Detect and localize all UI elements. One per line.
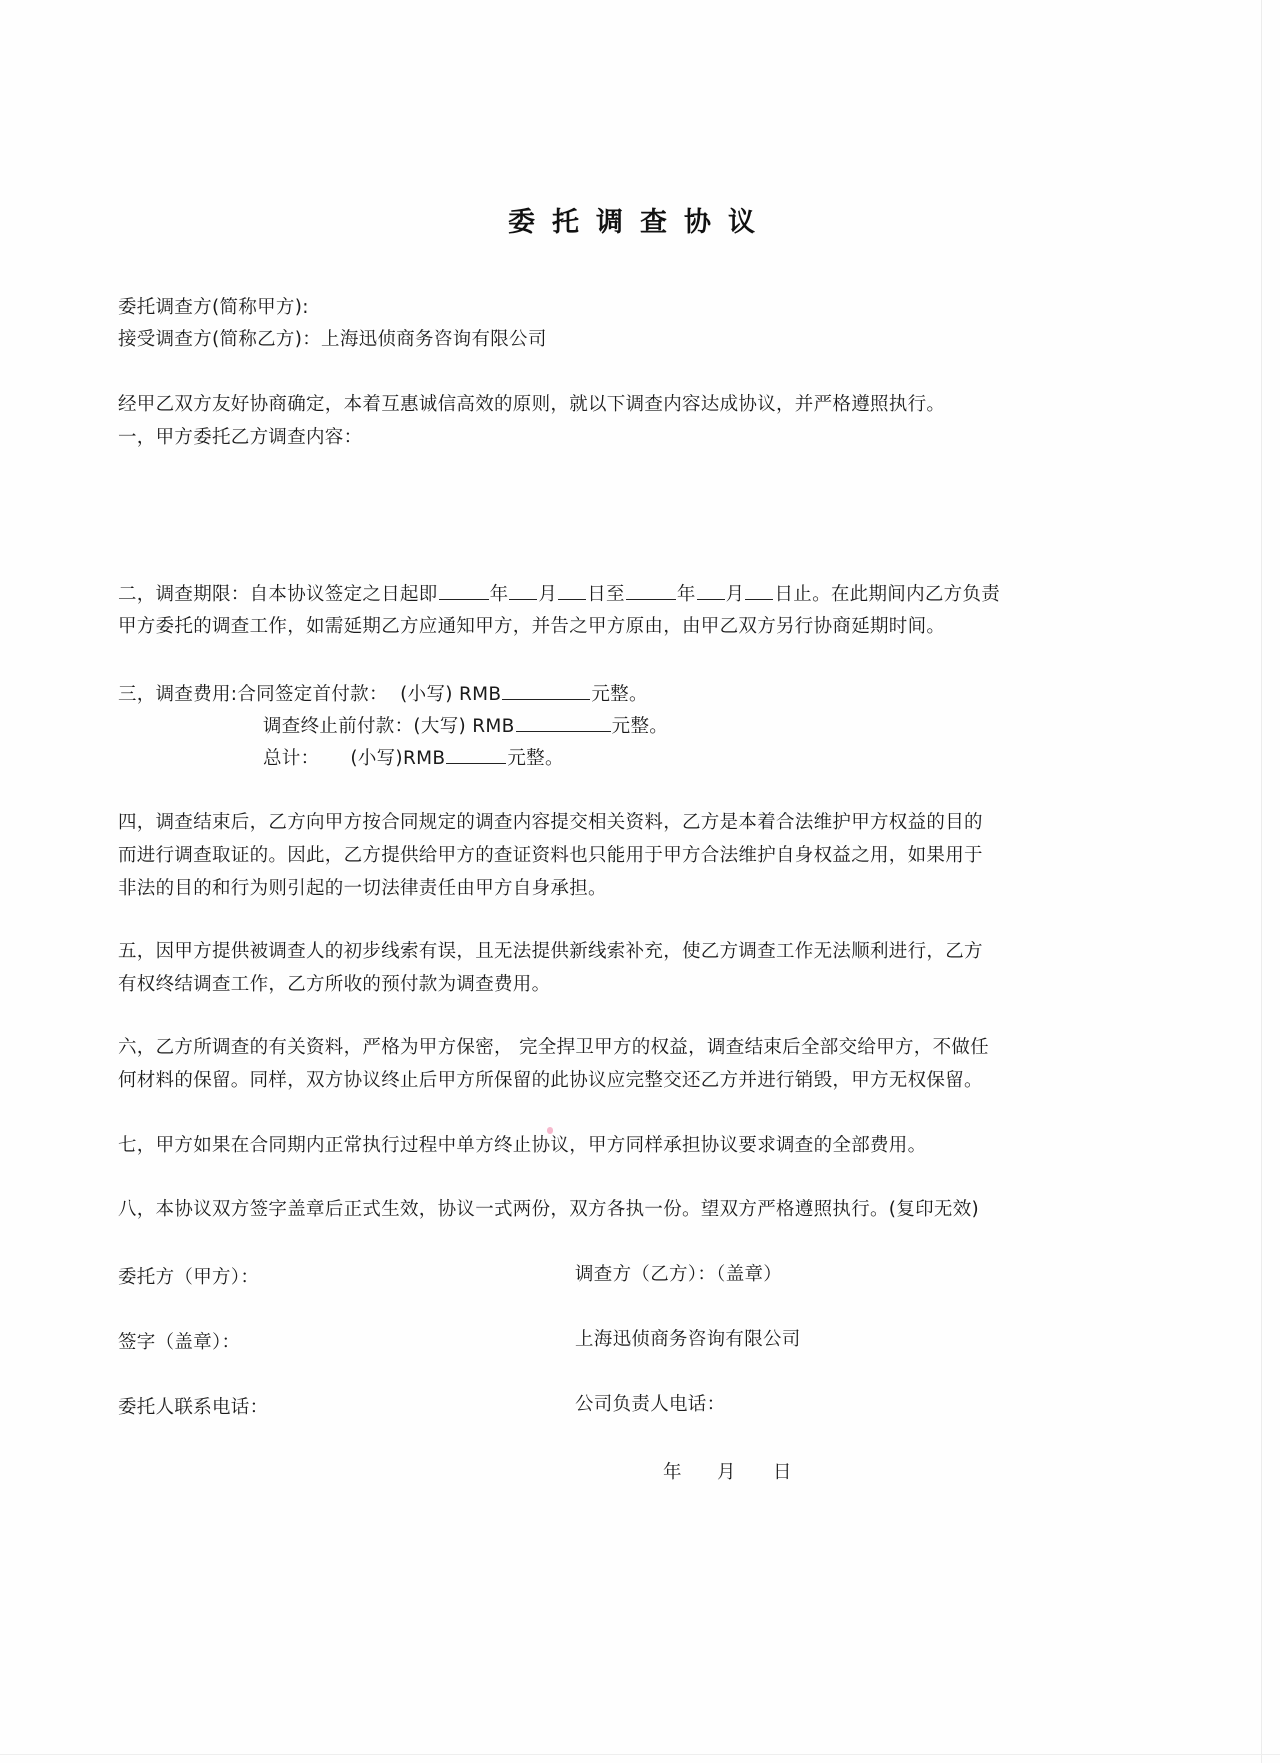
- clause-3-label: 三，调查费用:: [118, 684, 237, 705]
- scan-edge-right: [1261, 0, 1262, 1763]
- clause-8: 八，本协议双方签字盖章后正式生效，协议一式两份，双方各执一份。望双方严格遵照执行…: [118, 1195, 979, 1221]
- year-label: 年: [490, 584, 509, 605]
- sig-company-name: 上海迅侦商务咨询有限公司: [575, 1325, 801, 1351]
- clause-5-line-2: 有权终结调查工作，乙方所收的预付款为调查费用。: [118, 970, 550, 996]
- sig-client-label: 委托方（甲方）：: [118, 1263, 259, 1289]
- document-title: 委托调查协议: [0, 200, 1280, 239]
- preamble: 经甲乙双方友好协商确定，本着互惠诚信高效的原则，就以下调查内容达成协议，并严格遵…: [118, 390, 945, 416]
- date-day: 日: [773, 1458, 792, 1484]
- sig-client-phone-label: 委托人联系电话：: [118, 1393, 268, 1419]
- total-case: (小写)RMB: [350, 748, 445, 769]
- sig-sign-label: 签字（盖章）：: [118, 1328, 240, 1354]
- first-payment-case: (小写) RMB: [400, 684, 501, 705]
- sig-investigator-label: 调查方（乙方）：（盖章）: [575, 1260, 782, 1286]
- start-year-blank[interactable]: [439, 598, 489, 600]
- clause-3-row-2: 调查终止前付款：(大写) RMB元整。: [263, 712, 668, 738]
- clause-6-line-2: 何材料的保留。同样，双方协议终止后甲方所保留的此协议应完整交还乙方并进行销毁，甲…: [118, 1066, 983, 1092]
- final-payment-amount-blank[interactable]: [516, 730, 611, 732]
- currency-suffix: 元整。: [591, 684, 647, 705]
- end-year-blank[interactable]: [626, 598, 676, 600]
- sig-company-phone-label: 公司负责人电话：: [575, 1390, 725, 1416]
- date-year: 年: [663, 1458, 682, 1484]
- party-a-label: 委托调查方(简称甲方):: [118, 293, 309, 319]
- clause-2-text-end: 日止。在此期间内乙方负责: [774, 584, 1000, 605]
- currency-suffix: 元整。: [612, 716, 668, 737]
- clause-3-row-1: 三，调查费用:合同签定首付款： (小写) RMB元整。: [118, 680, 648, 706]
- clause-6-line-1: 六，乙方所调查的有关资料，严格为甲方保密， 完全捍卫甲方的权益，调查结束后全部交…: [118, 1033, 989, 1059]
- party-b-label: 接受调查方(简称乙方)：: [118, 329, 321, 350]
- clause-7: 七，甲方如果在合同期内正常执行过程中单方终止协议，甲方同样承担协议要求调查的全部…: [118, 1131, 926, 1157]
- year-label: 年: [677, 584, 696, 605]
- clause-4-line-1: 四，调查结束后，乙方向甲方按合同规定的调查内容提交相关资料，乙方是本着合法维护甲…: [118, 808, 983, 834]
- clause-3-row-3: 总计： (小写)RMB元整。: [263, 744, 564, 770]
- clause-2-line-1: 二，调查期限：自本协议签定之日起即年月日至年月日止。在此期间内乙方负责: [118, 580, 1000, 606]
- final-payment-case: (大写) RMB: [413, 716, 514, 737]
- total-amount-blank[interactable]: [446, 762, 506, 764]
- party-b-name: 上海迅侦商务咨询有限公司: [321, 329, 547, 350]
- clause-4-line-2: 而进行调查取证的。因此，乙方提供给甲方的查证资料也只能用于甲方合法维护自身权益之…: [118, 841, 983, 867]
- document-page: 委托调查协议 委托调查方(简称甲方): 接受调查方(简称乙方)：上海迅侦商务咨询…: [0, 0, 1280, 1763]
- end-month-blank[interactable]: [697, 598, 725, 600]
- scan-edge-bottom: [0, 1754, 1280, 1755]
- month-label: 月: [726, 584, 745, 605]
- clause-2-text: 二，调查期限：自本协议签定之日起即: [118, 584, 438, 605]
- clause-2-line-2: 甲方委托的调查工作，如需延期乙方应通知甲方，并告之甲方原由，由甲乙双方另行协商延…: [118, 612, 945, 638]
- day-to-label: 日至: [587, 584, 625, 605]
- month-label: 月: [538, 584, 557, 605]
- first-payment-amount-blank[interactable]: [502, 698, 590, 700]
- final-payment-label: 调查终止前付款：: [263, 716, 413, 737]
- date-month: 月: [717, 1458, 736, 1484]
- clause-5-line-1: 五，因甲方提供被调查人的初步线索有误，且无法提供新线索补充，使乙方调查工作无法顺…: [118, 937, 983, 963]
- party-b-line: 接受调查方(简称乙方)：上海迅侦商务咨询有限公司: [118, 325, 547, 351]
- start-day-blank[interactable]: [558, 598, 586, 600]
- total-label: 总计：: [263, 748, 319, 769]
- start-month-blank[interactable]: [509, 598, 537, 600]
- clause-1: 一，甲方委托乙方调查内容：: [118, 423, 362, 449]
- first-payment-label: 合同签定首付款：: [237, 684, 387, 705]
- clause-4-line-3: 非法的目的和行为则引起的一切法律责任由甲方自身承担。: [118, 874, 607, 900]
- currency-suffix: 元整。: [507, 748, 563, 769]
- end-day-blank[interactable]: [745, 598, 773, 600]
